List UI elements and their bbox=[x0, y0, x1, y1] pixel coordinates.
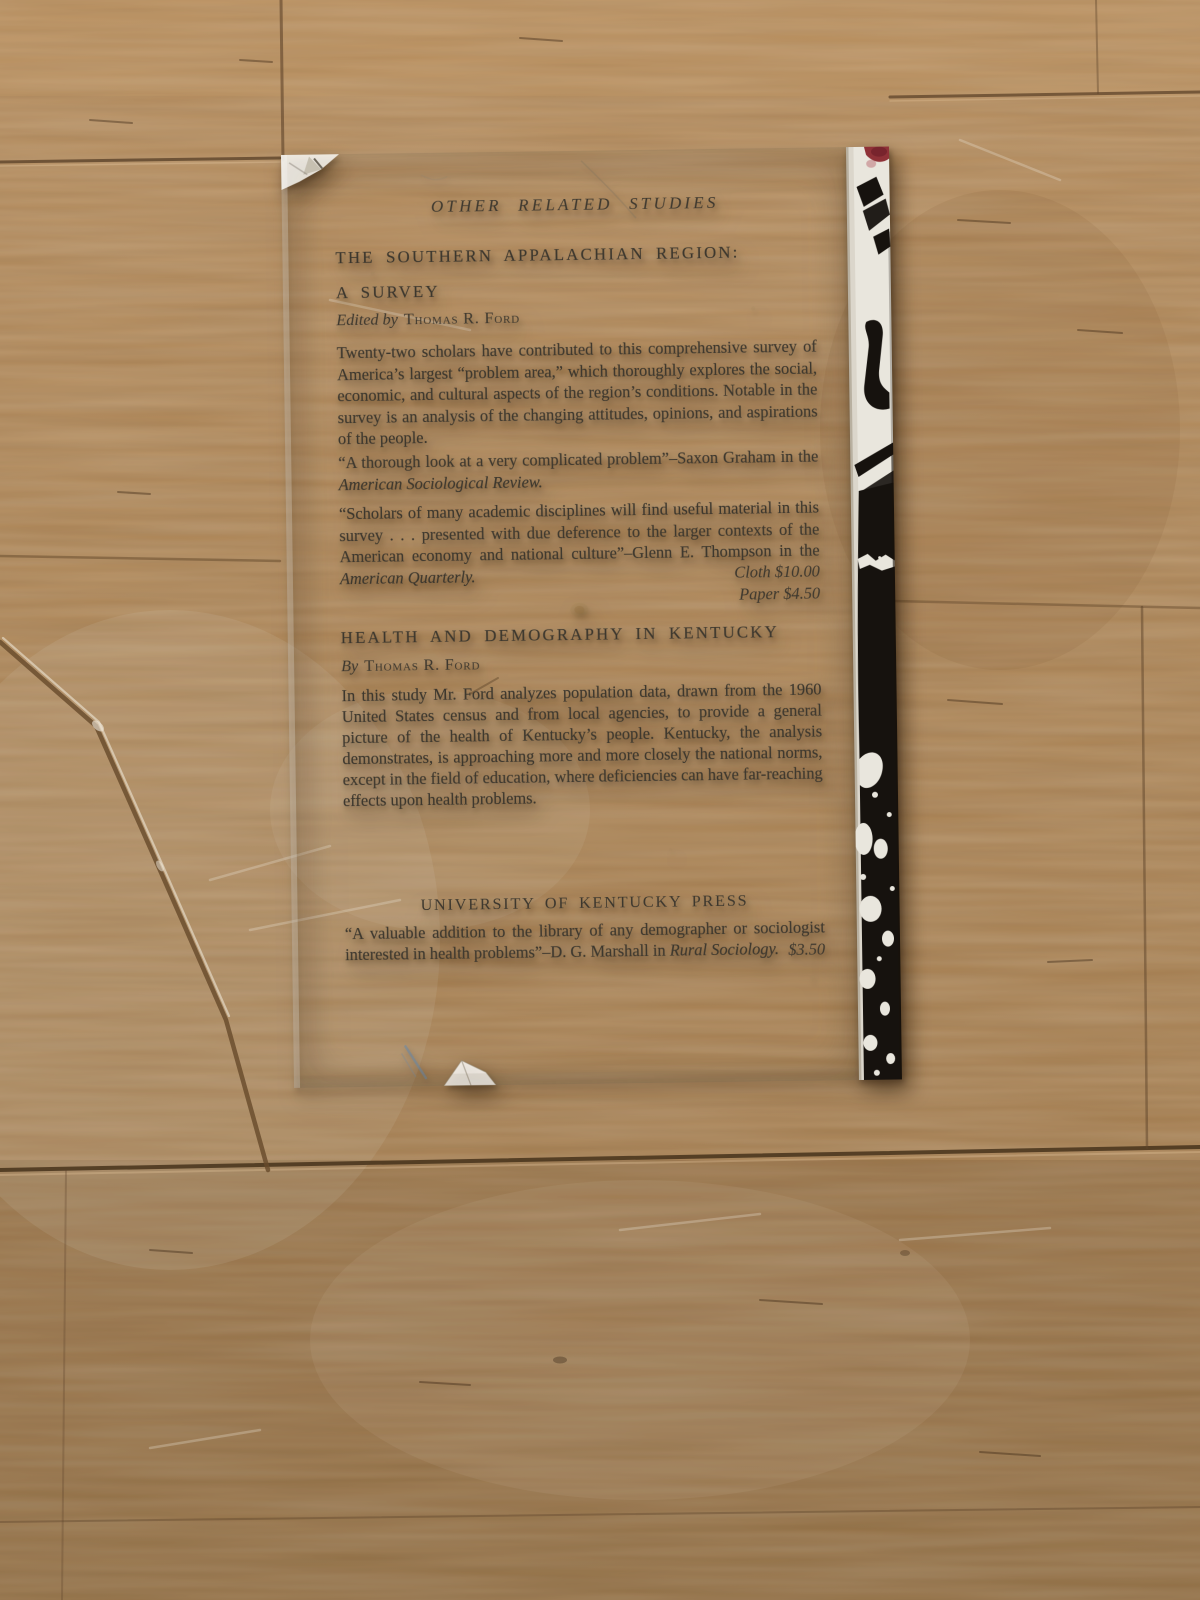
photo-scene: OTHER RELATED STUDIES THE SOUTHERN APPAL… bbox=[0, 0, 1200, 1600]
jacket-wear-marks bbox=[281, 147, 859, 1088]
book-back-cover: OTHER RELATED STUDIES THE SOUTHERN APPAL… bbox=[281, 147, 902, 1088]
dust-jacket-back: OTHER RELATED STUDIES THE SOUTHERN APPAL… bbox=[281, 147, 859, 1088]
